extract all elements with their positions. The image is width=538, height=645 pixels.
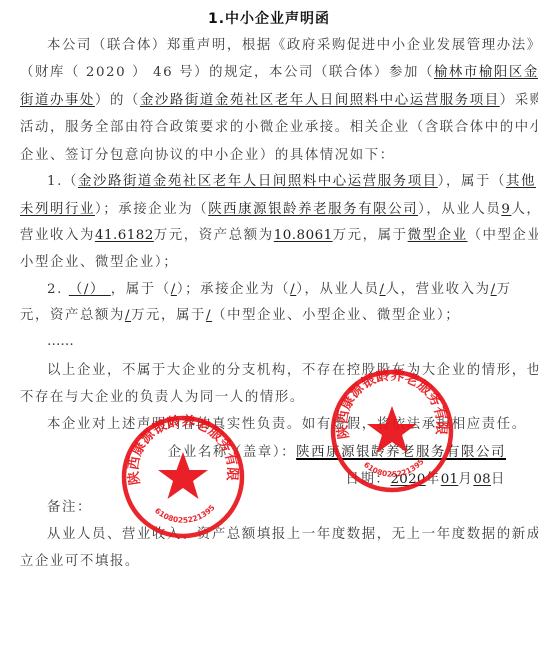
date-year-unit: 年 (426, 472, 441, 487)
date-day-unit: 日 (491, 472, 506, 487)
date-day: 08 (473, 472, 491, 487)
item2-line2: 元，资产总额为/万元，属于/（中型企业、小型企业、微型企业）； (20, 307, 510, 325)
date-month: 01 (441, 472, 459, 487)
item1-text: ），属于（ (438, 174, 506, 189)
para1-text: ）采购 (500, 93, 538, 108)
item1-assets: 10.8061 (274, 228, 333, 243)
item2-text: ），从业人员 (296, 282, 379, 297)
document-title: 1.中小企业声明函 (0, 8, 538, 28)
item2-text: 人，营业收入为 (386, 282, 491, 297)
signature-date-line: 日期：2020年01月08日 (20, 471, 506, 489)
item1-revenue: 41.6182 (95, 228, 154, 243)
item2-text: 万元，属于 (131, 308, 206, 323)
item1-industry-cont: 未列明行业 (20, 202, 95, 217)
purchaser-name-cont: 街道办事处 (20, 93, 95, 108)
item1-project: 金沙路街道金苑社区老年人日间照料中心运营服务项目 (78, 174, 438, 189)
item2-text: ）；承接企业为（ (177, 282, 290, 297)
item2-text: （中型企业、小型企业、微型企业）； (212, 308, 460, 323)
notes-label: 备注： (20, 499, 537, 517)
item2-line1: 2. （/） ，属于（/）；承接企业为（/），从业人员/人，营业收入为/万 (20, 281, 537, 299)
para1-text: （财库（ 2020 ） 46 号）的规定，本公司（联合体）参加（ (20, 65, 434, 80)
item2-text: 万 (497, 282, 512, 297)
item2-prefix: 2. (47, 282, 69, 297)
item1-text: 万元，属于 (333, 228, 408, 243)
para1-text: ）的（ (95, 93, 140, 108)
para2-line2: 不存在与大企业的负责人为同一人的情形。 (20, 389, 510, 407)
item1-text: 万元，资产总额为 (154, 228, 274, 243)
item1-text: 营业收入为 (20, 228, 95, 243)
item2-text: 元，资产总额为 (20, 308, 125, 323)
item1-text: 人， (511, 202, 538, 217)
item1-prefix: 1.（ (47, 174, 78, 189)
item1-size: 微型企业 (408, 228, 468, 243)
item1-text: ）；承接企业为（ (95, 202, 208, 217)
item1-line3: 营业收入为41.6182万元，资产总额为10.8061万元，属于微型企业（中型企… (20, 227, 510, 245)
item1-line2: 未列明行业）；承接企业为（陕西康源银龄养老服务有限公司），从业人员9人， (20, 201, 510, 219)
item2-text: ，属于（ (111, 282, 171, 297)
item2-project: （/） (69, 282, 111, 297)
item1-line4: 小型企业、微型企业）； (20, 254, 510, 272)
item1-contractor: 陕西康源银龄养老服务有限公司 (208, 202, 418, 217)
signature-company-line: 企业名称（盖章）：陕西康源银龄养老服务有限公司 (20, 444, 506, 462)
signature-company: 陕西康源银龄养老服务有限公司 (296, 445, 506, 460)
item1-industry: 其他 (506, 174, 536, 189)
para1-line4: 活动，服务全部由符合政策要求的小微企业承接。相关企业（含联合体中的中小 (20, 119, 510, 137)
purchaser-name: 榆林市榆阳区金沙路 (434, 65, 538, 80)
ellipsis: …… (20, 333, 537, 351)
date-year: 2020 (390, 472, 425, 487)
item1-text: ），从业人员 (418, 202, 501, 217)
project-name: 金沙路街道金苑社区老年人日间照料中心运营服务项目 (140, 93, 500, 108)
item1-line1: 1.（金沙路街道金苑社区老年人日间照料中心运营服务项目），属于（其他 (20, 173, 537, 191)
notes-line2: 立企业可不填报。 (20, 553, 510, 571)
signature-label: 企业名称（盖章）： (168, 445, 296, 460)
document-page: 1.中小企业声明函 本公司（联合体）郑重声明，根据《政府采购促进中小企业发展管理… (0, 0, 538, 645)
para1-line5: 企业、签订分包意向协议的中小企业）的具体情况如下： (20, 147, 510, 165)
para1-line1: 本公司（联合体）郑重声明，根据《政府采购促进中小企业发展管理办法》 (20, 37, 537, 55)
item1-text: （中型企业、 (468, 228, 538, 243)
para1-line2: （财库（ 2020 ） 46 号）的规定，本公司（联合体）参加（榆林市榆阳区金沙… (20, 64, 510, 82)
para1-line3: 街道办事处）的（金沙路街道金苑社区老年人日间照料中心运营服务项目）采购 (20, 92, 510, 110)
item1-staff: 9 (501, 202, 511, 217)
date-month-unit: 月 (458, 472, 473, 487)
notes-line1: 从业人员、营业收入、资产总额填报上一年度数据，无上一年度数据的新成 (20, 526, 537, 544)
date-label: 日期： (345, 472, 390, 487)
para3: 本企业对上述声明内容的真实性负责。如有虚假，将依法承担相应责任。 (20, 416, 537, 434)
para2-line1: 以上企业，不属于大企业的分支机构，不存在控股股东为大企业的情形，也 (20, 362, 537, 380)
